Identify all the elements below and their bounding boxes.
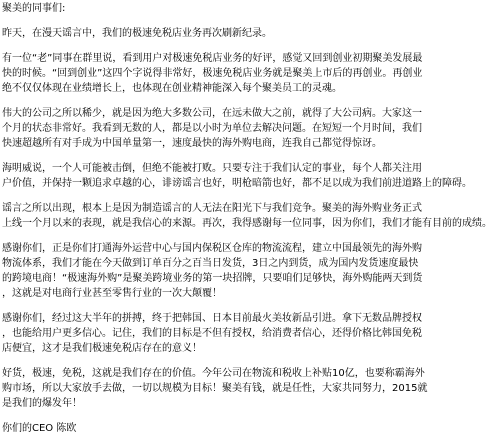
paragraph-6: 感谢你们，正是你们打通海外运营中心与国内保税区仓库的物流流程，建立中国最领先的海… <box>2 241 500 301</box>
paragraph-7: 感谢你们，经过这大半年的拼搏，终于把韩国、日本目前最火美妆新品引进。拿下无数品牌… <box>2 311 500 356</box>
paragraph-4: 海明威说，一个人可能被击倒，但绝不能被打败。只要专注于我们认定的事业，每个人都关… <box>2 161 500 191</box>
paragraph-3: 伟大的公司之所以稀少，就是因为绝大多数公司，在远未做大之前，就得了大公司病。大家… <box>2 106 500 151</box>
paragraph-5: 谣言之所以出现，根本上是因为制造谣言的人无法在阳光下与我们竞争。聚美的海外购业务… <box>2 201 500 231</box>
paragraph-1: 昨天，在漫天谣言中，我们的极速免税店业务再次刷新纪录。 <box>2 26 500 41</box>
letter-document: 聚美的同事们: 昨天，在漫天谣言中，我们的极速免税店业务再次刷新纪录。 有一位“… <box>0 0 500 447</box>
paragraph-8: 好货，极速，免税，这就是我们存在的价值。今年公司在物流和税收上补贴10亿，也要称… <box>2 366 500 411</box>
paragraph-2: 有一位“老”同事在群里说，看到用户对极速免税店业务的好评，感觉又回到创业初期聚美… <box>2 51 500 96</box>
signature: 你们的CEO 陈欧 <box>2 421 500 436</box>
salutation: 聚美的同事们: <box>2 1 500 16</box>
